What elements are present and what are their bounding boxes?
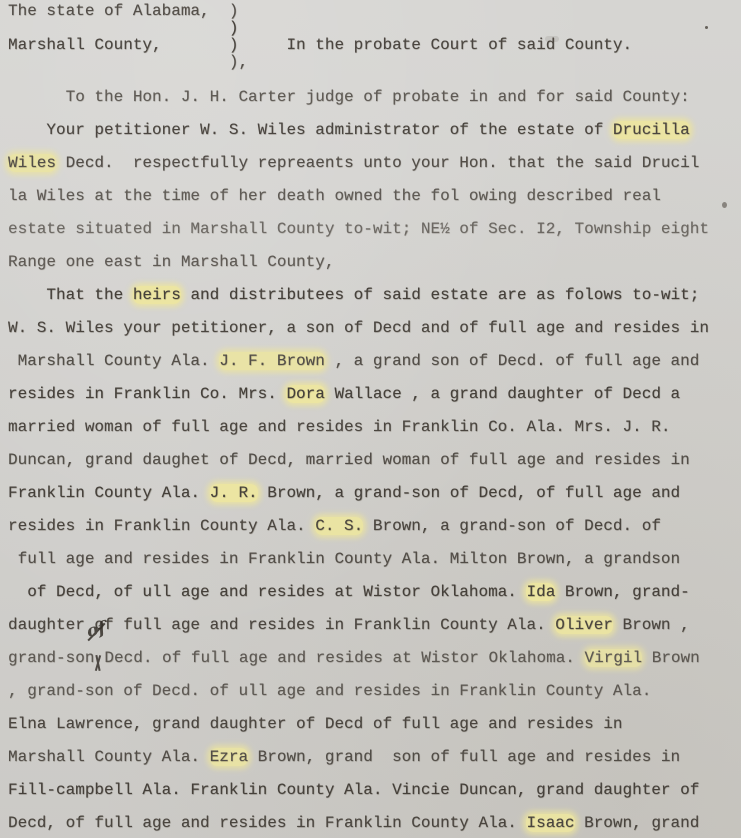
header-line: ) <box>8 20 741 37</box>
text-line: Marshall County Ala. Ezra Brown, grand s… <box>8 741 741 774</box>
text-line: full age and resides in Franklin County … <box>8 543 741 576</box>
text-run: W. S. Wiles your petitioner, a son of De… <box>8 319 709 337</box>
text-run: of Decd, of ull age and resides at Wisto… <box>8 583 526 601</box>
text-line: Duncan, grand daughet of Decd, married w… <box>8 444 741 477</box>
text-line: married woman of full age and resides in… <box>8 411 741 444</box>
highlight-heirs: heirs <box>133 286 181 304</box>
text-run: estate situated in Marshall County to-wi… <box>8 220 709 238</box>
text-run: Decd, of full age and resides in Frankli… <box>8 814 526 832</box>
text-run: la Wiles at the time of her death owned … <box>8 187 661 205</box>
highlight-cs: C. S. <box>315 517 363 535</box>
text-run: Brown, grand- <box>555 583 689 601</box>
text-line: To the Hon. J. H. Carter judge of probat… <box>8 81 741 114</box>
handwritten-word: of <box>86 620 108 641</box>
text-run: Brown, grand son of full age and resides… <box>248 748 680 766</box>
text-run: Duncan, grand daughet of Decd, married w… <box>8 451 690 469</box>
text-line: estate situated in Marshall County to-wi… <box>8 213 741 246</box>
text-run: married woman of full age and resides in… <box>8 418 671 436</box>
text-run: Elna Lawrence, grand daughter of Decd of… <box>8 715 623 733</box>
header-line: The state of Alabama, ) <box>8 3 741 20</box>
highlight-virgil: Virgil <box>585 649 643 667</box>
document-page: The state of Alabama, ) )Marshall County… <box>0 0 741 838</box>
text-run: Wallace , a grand daughter of Decd a <box>325 385 680 403</box>
text-line: Elna Lawrence, grand daughter of Decd of… <box>8 708 741 741</box>
header-line: Marshall County, ) In the probate Court … <box>8 37 741 54</box>
highlight-drucilla: Drucilla <box>613 121 690 139</box>
text-run: grand-son <box>8 649 94 667</box>
ink-speck <box>705 26 708 29</box>
text-run: Marshall County Ala. <box>8 748 210 766</box>
text-run: resides in Franklin County Ala. <box>8 517 315 535</box>
text-run: Brown, a grand-son of Decd, of full age … <box>258 484 680 502</box>
highlight-jr: J. R. <box>210 484 258 502</box>
document-body: The state of Alabama, ) )Marshall County… <box>8 3 741 838</box>
text-line: , grand-son of Decd. of ull age and resi… <box>8 675 741 708</box>
text-line: daughter of full age and resides in Fran… <box>8 609 741 642</box>
text-run: , a grand son of Decd. of full age and <box>325 352 699 370</box>
highlight-jf-brown: J. F. Brown <box>219 352 325 370</box>
text-line: Wiles Decd. respectfully repreaents unto… <box>8 147 741 180</box>
text-run: full age and resides in Franklin County … <box>8 550 680 568</box>
text-run: Decd. respectfully repreaents unto your … <box>56 154 699 172</box>
text-run: Your petitioner W. S. Wiles administrato… <box>8 121 613 139</box>
highlight-wiles: Wiles <box>8 154 56 172</box>
text-line: Your petitioner W. S. Wiles administrato… <box>8 114 741 147</box>
text-run: The state of Alabama, ) <box>8 2 238 20</box>
highlight-dora: Dora <box>286 385 324 403</box>
text-run: Decd. of full age and resides at Wistor … <box>104 649 584 667</box>
highlight-ida: Ida <box>526 583 555 601</box>
text-line: resides in Franklin County Ala. C. S. Br… <box>8 510 741 543</box>
text-run: ), <box>8 53 248 71</box>
text-run: To the Hon. J. H. Carter judge of probat… <box>8 88 690 106</box>
text-line: Franklin County Ala. J. R. Brown, a gran… <box>8 477 741 510</box>
text-run: Fill-campbell Ala. Franklin County Ala. … <box>8 781 699 799</box>
highlight-ezra: Ezra <box>210 748 248 766</box>
text-run: Brown <box>642 649 700 667</box>
text-line: grand-sonofDecd. of full age and resides… <box>8 642 741 675</box>
ink-speck <box>722 202 727 208</box>
text-run: Range one east in Marshall County, <box>8 253 334 271</box>
text-line: Fill-campbell Ala. Franklin County Ala. … <box>8 774 741 807</box>
text-run: resides in Franklin Co. Mrs. <box>8 385 286 403</box>
text-line: W. S. Wiles your petitioner, a son of De… <box>8 312 741 345</box>
text-run: Marshall County, ) In the probate Court … <box>8 36 632 54</box>
text-run: Brown, a grand-son of Decd. of <box>363 517 661 535</box>
text-line: Marshall County Ala. J. F. Brown , a gra… <box>8 345 741 378</box>
highlight-isaac: Isaac <box>526 814 574 832</box>
ink-speck <box>545 36 559 42</box>
text-run: Marshall County Ala. <box>8 352 219 370</box>
text-line: Range one east in Marshall County, <box>8 246 741 279</box>
caret-mark <box>92 655 104 671</box>
highlight-oliver: Oliver <box>555 616 613 634</box>
handwritten-insertion: of <box>94 646 104 662</box>
text-run: Brown, grand <box>575 814 700 832</box>
text-line: Decd, of full age and resides in Frankli… <box>8 807 741 838</box>
text-line: la Wiles at the time of her death owned … <box>8 180 741 213</box>
text-run: , grand-son of Decd. of ull age and resi… <box>8 682 651 700</box>
text-run: and distributees of said estate are as f… <box>181 286 699 304</box>
text-line: of Decd, of ull age and resides at Wisto… <box>8 576 741 609</box>
text-run: ) <box>8 19 238 37</box>
text-line: resides in Franklin Co. Mrs. Dora Wallac… <box>8 378 741 411</box>
text-run: Franklin County Ala. <box>8 484 210 502</box>
text-run: That the <box>8 286 133 304</box>
header-line: ), <box>8 54 741 71</box>
text-run: Brown , <box>613 616 690 634</box>
text-line: That the heirs and distributees of said … <box>8 279 741 312</box>
